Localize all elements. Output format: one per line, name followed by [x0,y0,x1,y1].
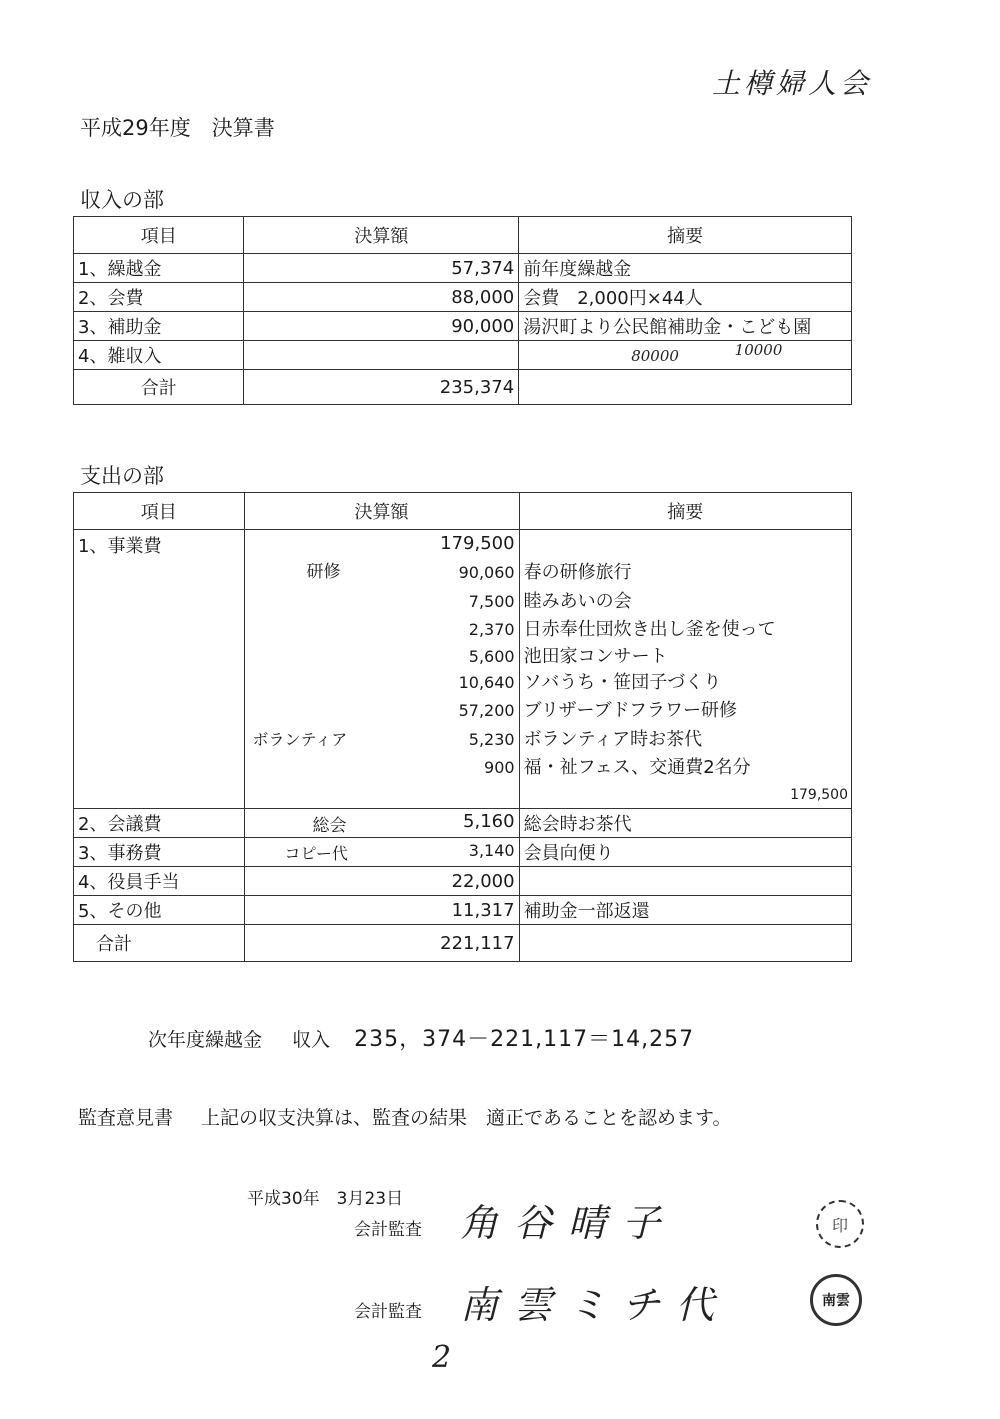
business-line-amount: 2,370 [245,616,519,644]
expense-row: 5、その他 11,317 補助金一部返還 [74,896,852,925]
income-row: 2、会費 88,000 会費 2,000円×44人 [74,283,852,312]
income-total-label: 合計 [74,370,244,405]
business-line-note: 日赤奉仕団炊き出し釜を使って [520,616,851,644]
expense-business-notes: 春の研修旅行 睦みあいの会 日赤奉仕団炊き出し釜を使って 池田家コンサート ソバ… [519,530,851,809]
business-line-amount: ボランティア5,230 [245,725,519,754]
business-line-note: 福・祉フェス、交通費2名分 [520,754,851,782]
income-amount: 88,000 [244,283,519,312]
blank-line [245,782,519,808]
expense-amount: 5,160 [463,811,515,836]
expense-note [519,867,851,896]
carryover-line: 次年度繰越金 収入 235，374－221,117＝14,257 [148,1022,694,1053]
column-header-note: 摘要 [519,217,852,254]
audit-opinion: 監査意見書上記の収支決算は、監査の結果 適正であることを認めます。 [78,1103,732,1130]
handwritten-figure: 10000 [735,341,783,359]
audit-label: 監査意見書 [78,1107,173,1129]
document-title: 平成29年度 決算書 [80,112,275,142]
income-item: 3、補助金 [74,312,244,341]
organization-name-handwritten: 土樽婦人会 [712,62,872,102]
expense-total-label: 合計 [74,925,245,962]
expense-amount-cell: コピー代3,140 [244,838,519,867]
expense-row: 2、会議費 総会5,160 総会時お茶代 [74,809,852,838]
business-line-note: 池田家コンサート [520,644,851,669]
expense-total-note [519,925,851,962]
income-note: 前年度繰越金 [519,254,852,283]
expense-business-amounts: 179,500 研修90,060 7,500 2,370 5,600 10,64… [244,530,519,809]
income-amount: 57,374 [244,254,519,283]
expense-row: 4、役員手当 22,000 [74,867,852,896]
expense-item: 1、事業費 [74,530,245,809]
income-item: 4、雑収入 [74,341,244,370]
page-number: 2 [432,1340,451,1375]
business-line-amount: 900 [245,754,519,782]
column-header-item: 項目 [74,217,244,254]
expense-item: 4、役員手当 [74,867,245,896]
column-header-note: 摘要 [519,493,851,530]
income-row: 4、雑収入 80000 10000 [74,341,852,370]
income-item: 1、繰越金 [74,254,244,283]
expense-amount: 11,317 [244,896,519,925]
handwritten-figure: 80000 [631,347,679,365]
business-line-amount: 研修90,060 [245,558,519,587]
auditor-signature: 角谷晴子 [460,1192,676,1247]
income-note-handwritten: 80000 10000 [519,341,852,370]
income-total-row: 合計 235,374 [74,370,852,405]
expense-note: 補助金一部返還 [519,896,851,925]
business-total-amount: 179,500 [245,530,519,558]
seal-stamp-icon: 南雲 [810,1274,862,1326]
income-table: 項目 決算額 摘要 1、繰越金 57,374 前年度繰越金 2、会費 88,00… [73,216,852,405]
income-row: 3、補助金 90,000 湯沢町より公民館補助金・こども園 [74,312,852,341]
audit-date: 平成30年 3月23日 [247,1184,403,1209]
column-header-amount: 決算額 [244,217,519,254]
business-line-note: ソバうち・笹団子づくり [520,669,851,696]
carryover-label: 次年度繰越金 [148,1029,262,1051]
column-header-amount: 決算額 [244,493,519,530]
expense-item: 2、会議費 [74,809,245,838]
expense-header-row: 項目 決算額 摘要 [74,493,852,530]
income-row: 1、繰越金 57,374 前年度繰越金 [74,254,852,283]
blank-line [520,530,851,558]
expense-note: 総会時お茶代 [519,809,851,838]
expense-amount: 3,140 [469,841,515,864]
auditor-role: 会計監査 [354,1297,422,1322]
business-line-amount: 5,600 [245,644,519,669]
expense-amount-cell: 総会5,160 [244,809,519,838]
business-subtotal: 179,500 [520,782,851,808]
column-header-item: 項目 [74,493,245,530]
expense-item: 5、その他 [74,896,245,925]
income-note: 湯沢町より公民館補助金・こども園 [519,312,852,341]
expense-amount: 22,000 [244,867,519,896]
expense-business-row: 1、事業費 179,500 研修90,060 7,500 2,370 5,600… [74,530,852,809]
income-header-row: 項目 決算額 摘要 [74,217,852,254]
expense-row: 3、事務費 コピー代3,140 会員向便り [74,838,852,867]
expense-note: 会員向便り [519,838,851,867]
expense-table: 項目 決算額 摘要 1、事業費 179,500 研修90,060 7,500 2… [73,492,852,962]
carryover-formula: 235，374－221,117＝14,257 [354,1027,694,1052]
income-total-note [519,370,852,405]
income-item: 2、会費 [74,283,244,312]
business-line-note: ボランティア時お茶代 [520,725,851,754]
income-section-title: 収入の部 [80,184,164,214]
business-line-note: ブリザーブドフラワー研修 [520,696,851,725]
seal-stamp-icon: 印 [816,1200,864,1248]
business-line-note: 睦みあいの会 [520,587,851,616]
expense-total-amount: 221,117 [244,925,519,962]
business-line-amount: 7,500 [245,587,519,616]
carryover-income-label: 収入 [292,1029,330,1051]
expense-section-title: 支出の部 [80,460,164,490]
expense-subitem: コピー代 [249,841,348,864]
expense-item-label: 1、事業費 [78,536,161,557]
business-line-note: 春の研修旅行 [520,558,851,587]
audit-statement: 上記の収支決算は、監査の結果 適正であることを認めます。 [201,1107,731,1129]
income-total-amount: 235,374 [244,370,519,405]
auditor-signature: 南雲ミチ代 [460,1274,730,1329]
expense-item: 3、事務費 [74,838,245,867]
expense-subitem: 総会 [249,811,347,836]
business-line-amount: 10,640 [245,669,519,696]
income-amount: 90,000 [244,312,519,341]
income-amount [244,341,519,370]
auditor-role: 会計監査 [354,1215,422,1240]
expense-total-row: 合計 221,117 [74,925,852,962]
income-note: 会費 2,000円×44人 [519,283,852,312]
business-line-amount: 57,200 [245,696,519,725]
